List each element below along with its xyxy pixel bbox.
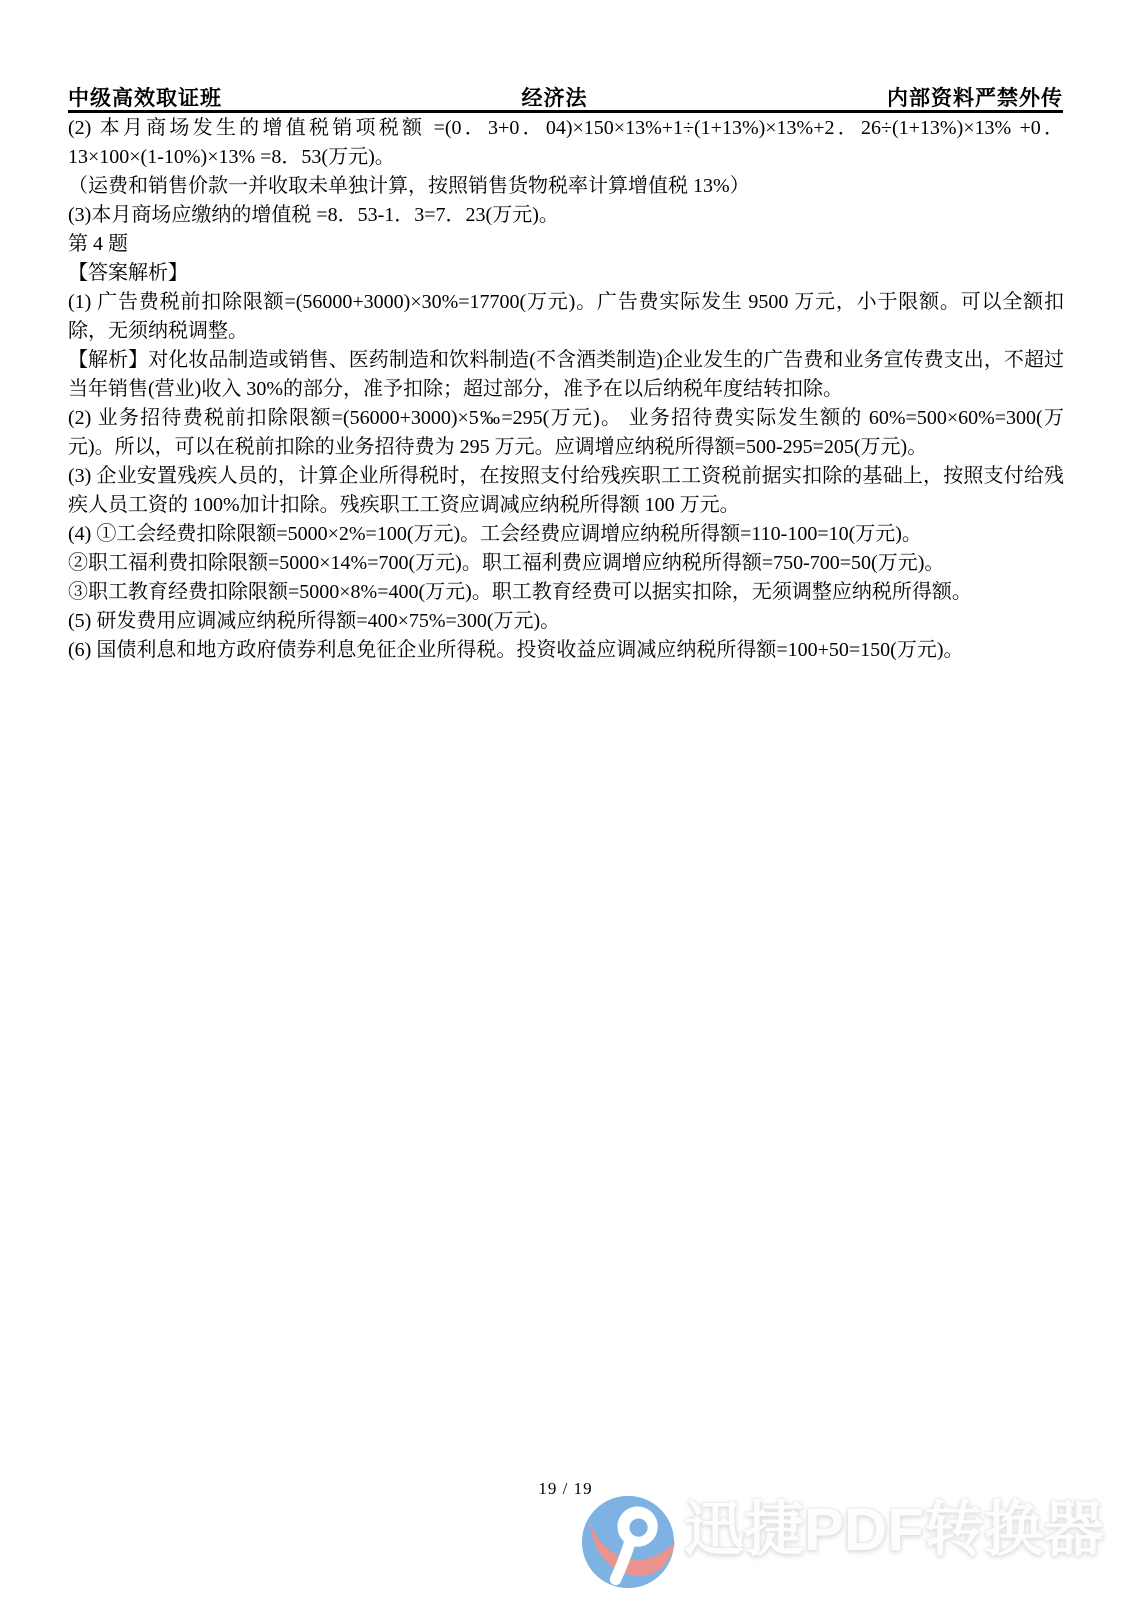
answer-analysis-heading: 【答案解析】 [68, 259, 1064, 288]
page-header: 中级高效取证班 经济法 内部资料严禁外传 [68, 82, 1063, 112]
body-paragraph: ③职工教育经费扣除限额=5000×8%=400(万元)。职工教育经费可以据实扣除… [68, 578, 1064, 607]
body-paragraph: (2) 本月商场发生的增值税销项税额 =(0．3+0．04)×150×13%+1… [68, 114, 1064, 172]
body-paragraph: ②职工福利费扣除限额=5000×14%=700(万元)。职工福利费应调增应纳税所… [68, 549, 1064, 578]
watermark-text: 迅捷PDF转换器 [684, 1492, 1104, 1568]
body-paragraph: (3)本月商场应缴纳的增值税 =8．53-1．3=7．23(万元)。 [68, 201, 1064, 230]
body-paragraph: (3) 企业安置残疾人员的，计算企业所得税时，在按照支付给残疾职工工资税前据实扣… [68, 462, 1064, 520]
body-paragraph: (6) 国债利息和地方政府债券利息免征企业所得税。投资收益应调减应纳税所得额=1… [68, 636, 1064, 665]
question-number-heading: 第 4 题 [68, 230, 1064, 259]
header-confidential-notice: 内部资料严禁外传 [887, 82, 1063, 112]
header-divider [68, 110, 1063, 113]
body-paragraph: (2) 业务招待费税前扣除限额=(56000+3000)×5‰=295(万元)。… [68, 404, 1064, 462]
header-course-name: 中级高效取证班 [68, 82, 222, 112]
body-paragraph: （运费和销售价款一并收取未单独计算，按照销售货物税率计算增值税 13%） [68, 172, 1064, 201]
page-body: (2) 本月商场发生的增值税销项税额 =(0．3+0．04)×150×13%+1… [68, 114, 1064, 665]
body-paragraph: 【解析】对化妆品制造或销售、医药制造和饮料制造(不含酒类制造)企业发生的广告费和… [68, 346, 1064, 404]
pdf-converter-logo-icon [580, 1494, 676, 1590]
body-paragraph: (5) 研发费用应调减应纳税所得额=400×75%=300(万元)。 [68, 607, 1064, 636]
body-paragraph: (1) 广告费税前扣除限额=(56000+3000)×30%=17700(万元)… [68, 288, 1064, 346]
document-page: 中级高效取证班 经济法 内部资料严禁外传 (2) 本月商场发生的增值税销项税额 … [0, 0, 1131, 1600]
body-paragraph: (4) ①工会经费扣除限额=5000×2%=100(万元)。工会经费应调增应纳税… [68, 520, 1064, 549]
header-subject-title: 经济法 [522, 82, 588, 112]
